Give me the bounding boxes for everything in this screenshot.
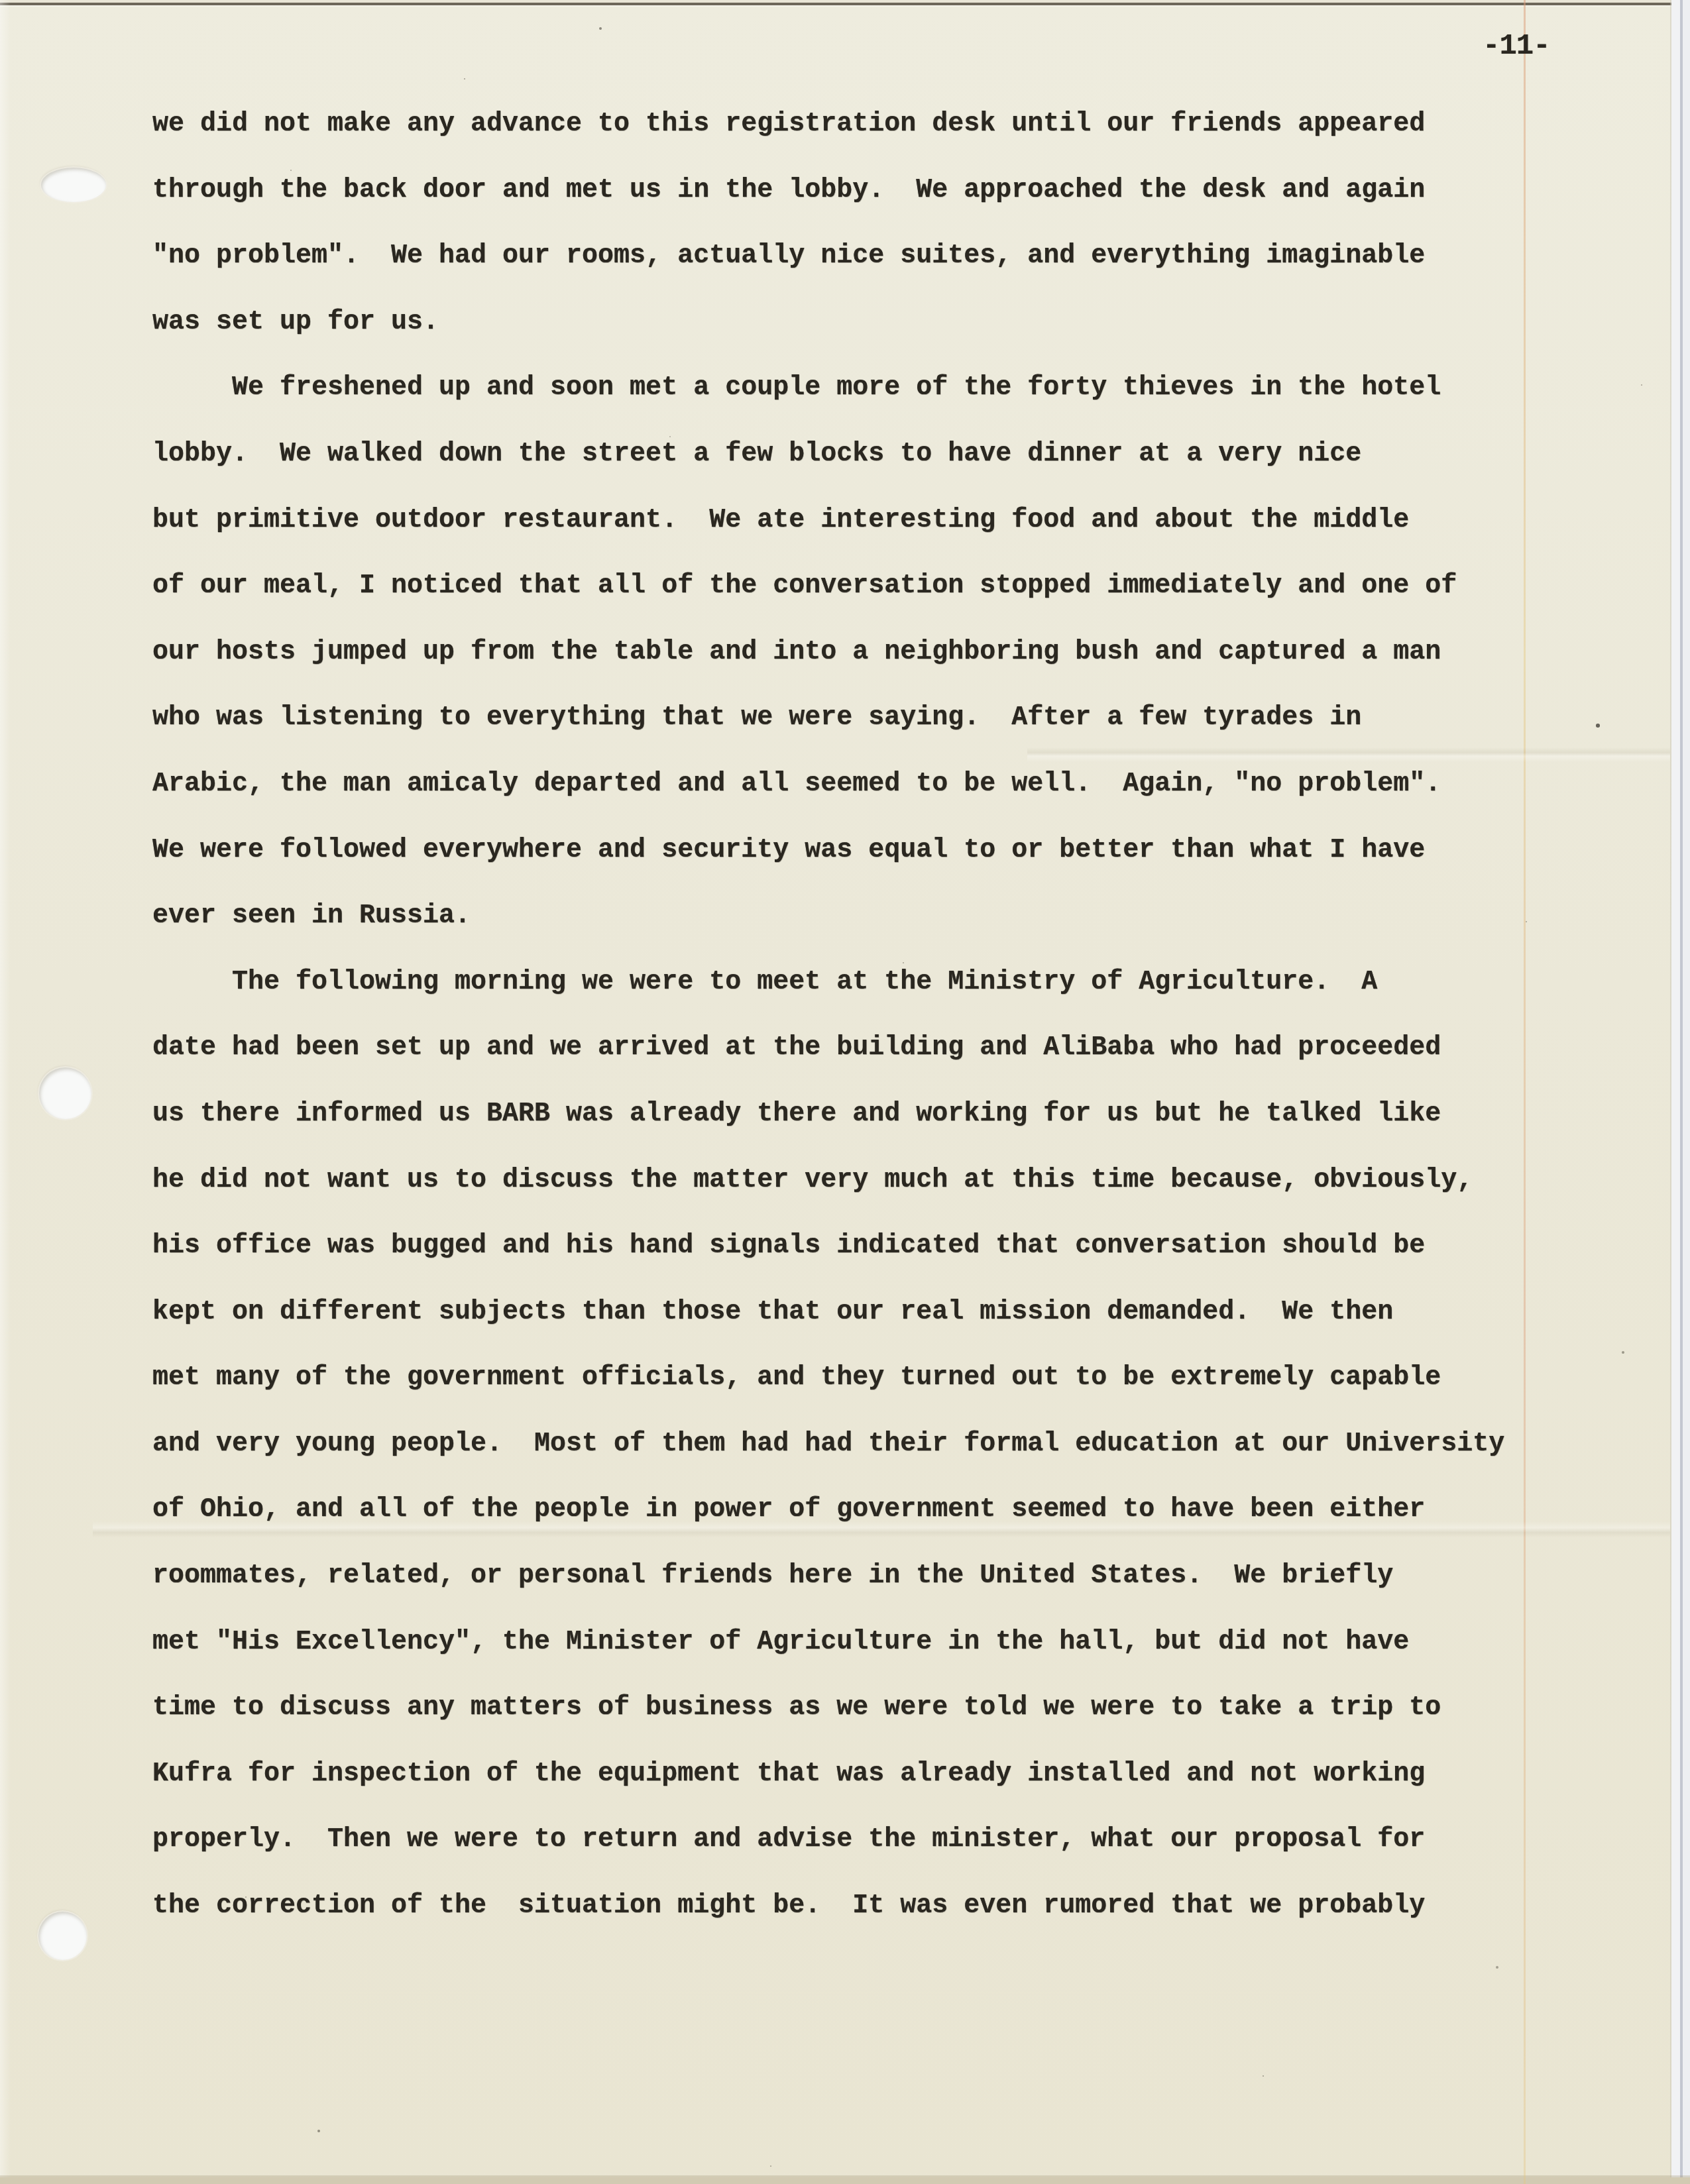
scan-bottom-edge (0, 2175, 1690, 2184)
paper-specks (0, 0, 1, 1)
text-line: who was listening to everything that we … (152, 685, 1504, 751)
text-line: we did not make any advance to this regi… (152, 91, 1504, 158)
text-line: but primitive outdoor restaurant. We ate… (152, 488, 1504, 554)
text-line: ever seen in Russia. (152, 883, 1504, 950)
scan-right-edge (1670, 0, 1690, 2184)
text-line: date had been set up and we arrived at t… (152, 1015, 1504, 1081)
text-line: "no problem". We had our rooms, actually… (152, 223, 1504, 290)
text-line: the correction of the situation might be… (152, 1873, 1504, 1939)
text-line: and very young people. Most of them had … (152, 1411, 1504, 1478)
text-line: We were followed everywhere and security… (152, 818, 1504, 884)
text-line: through the back door and met us in the … (152, 158, 1504, 224)
hole-punch (38, 1912, 87, 1960)
text-line: properly. Then we were to return and adv… (152, 1807, 1504, 1873)
text-line: was set up for us. (152, 290, 1504, 356)
page-number: -11- (1483, 32, 1550, 61)
text-line: of our meal, I noticed that all of the c… (152, 553, 1504, 620)
text-line: kept on different subjects than those th… (152, 1280, 1504, 1346)
hole-punch (41, 168, 106, 202)
typewritten-text: we did not make any advance to this regi… (152, 91, 1504, 1939)
scan-top-edge (0, 0, 1690, 7)
text-line: us there informed us BARB was already th… (152, 1081, 1504, 1148)
text-line: our hosts jumped up from the table and i… (152, 620, 1504, 686)
text-line: time to discuss any matters of business … (152, 1675, 1504, 1741)
text-line: The following morning we were to meet at… (152, 950, 1504, 1016)
text-line: roommates, related, or personal friends … (152, 1543, 1504, 1610)
vertical-fold-crease (1524, 0, 1526, 2184)
text-line: Kufra for inspection of the equipment th… (152, 1741, 1504, 1808)
text-line: he did not want us to discuss the matter… (152, 1148, 1504, 1214)
text-line: of Ohio, and all of the people in power … (152, 1477, 1504, 1543)
hole-punch (39, 1067, 91, 1119)
text-line: Arabic, the man amicaly departed and all… (152, 751, 1504, 818)
text-line: his office was bugged and his hand signa… (152, 1213, 1504, 1280)
text-line: We freshened up and soon met a couple mo… (152, 355, 1504, 421)
scanned-typewritten-page: -11- we did not make any advance to this… (0, 0, 1690, 2184)
text-line: met "His Excellency", the Minister of Ag… (152, 1610, 1504, 1676)
scan-left-edge (0, 0, 11, 2184)
text-line: lobby. We walked down the street a few b… (152, 421, 1504, 488)
text-line: met many of the government officials, an… (152, 1345, 1504, 1411)
